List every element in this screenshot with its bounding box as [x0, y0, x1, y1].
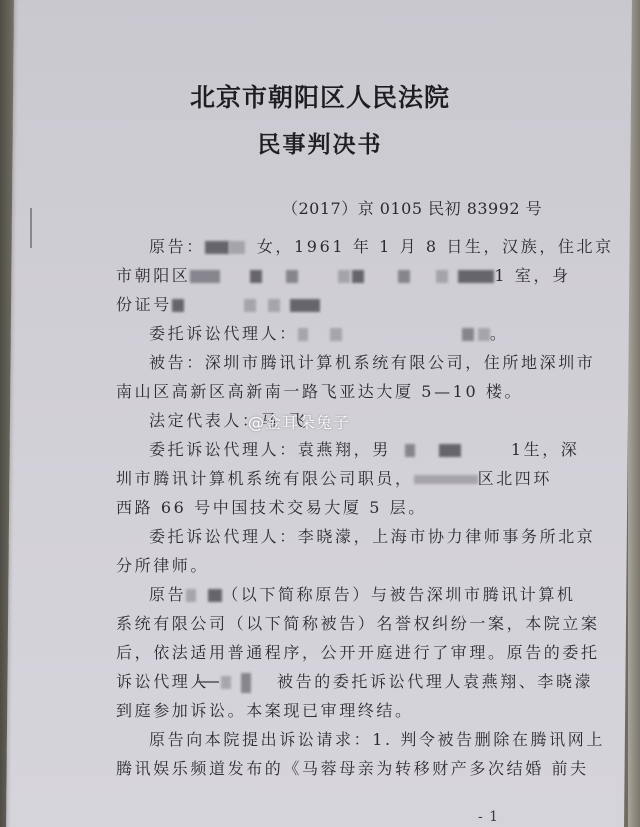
redacted-agent [330, 328, 342, 341]
redacted-birthdate [405, 444, 415, 457]
defendant-line-1: 被告：深圳市腾讯计算机系统有限公司，住所地深圳市 [116, 348, 550, 377]
redacted-address [352, 270, 364, 283]
case-summary-line-3: 后，依法适用普通程序，公开开庭进行了审理。原告的委托 [116, 638, 550, 667]
redacted-address [190, 270, 220, 283]
case-summary-line-4: 诉讼代理人被告的委托诉讼代理人袁燕翔、李晓濛 [116, 667, 550, 696]
redacted-name [205, 241, 229, 254]
redacted-birthdate [439, 444, 461, 457]
case-summary-line-2: 系统有限公司（以下简称被告）名誉权纠纷一案，本院立案 [116, 609, 550, 638]
redacted-name [229, 241, 245, 254]
redacted-name [221, 676, 231, 689]
margin-mark [30, 208, 32, 248]
case-number: （2017）京 0105 民初 83992 号 [282, 196, 542, 219]
plaintiff-agent-line: 委托诉讼代理人：。 [116, 319, 550, 348]
claims-line-1: 原告向本院提出诉讼请求：1. 判令被告删除在腾讯网上 [116, 725, 550, 754]
defendant-agent-2-line-2: 分所律师。 [116, 551, 550, 580]
redacted-agent [298, 328, 308, 341]
redacted-name [241, 673, 251, 693]
redacted-address [250, 270, 262, 283]
redacted-id-number [268, 299, 280, 312]
watermark: @金耳朵兔子 [248, 410, 350, 433]
redacted-address [436, 270, 448, 283]
court-name: 北京市朝阳区人民法院 [0, 78, 640, 114]
defendant-line-2: 南山区高新区高新南一路飞亚达大厦 5—10 楼。 [116, 377, 550, 406]
plaintiff-line-2: 市朝阳区1 室，身 [116, 261, 550, 290]
case-summary-line-5: 到庭参加诉讼。本案现已审理终结。 [116, 696, 550, 725]
document-type: 民事判决书 [0, 126, 640, 159]
judgment-body: 原告：女，1961 年 1 月 8 日生，汉族，住北京 市朝阳区1 室，身 份证… [116, 232, 550, 783]
redacted-address [338, 270, 350, 283]
redacted-name [186, 589, 196, 602]
plaintiff-line-1: 原告：女，1961 年 1 月 8 日生，汉族，住北京 [116, 232, 550, 261]
claims-line-2: 腾讯娱乐频道发布的《马蓉母亲为转移财产多次结婚 前夫 [116, 754, 550, 783]
redacted-address [398, 270, 410, 283]
redacted-address [414, 475, 478, 484]
plaintiff-line-3: 份证号 [116, 290, 550, 319]
page-number: - 1 [478, 809, 499, 825]
redacted-id-number [290, 299, 320, 312]
redacted-name [208, 589, 222, 602]
redacted-agent [478, 328, 490, 341]
redacted-address [458, 270, 494, 283]
defendant-agent-2-line-1: 委托诉讼代理人：李晓濛，上海市协力律师事务所北京 [116, 522, 550, 551]
redacted-agent [462, 328, 474, 341]
redacted-address [286, 270, 298, 283]
handwritten-underline [197, 681, 219, 683]
defendant-agent-1-line-3: 西路 66 号中国技术交易大厦 5 层。 [116, 493, 550, 522]
redacted-id-number [244, 299, 256, 312]
case-summary-line-1: 原告（以下简称原告）与被告深圳市腾讯计算机 [116, 580, 550, 609]
defendant-agent-1-line-1: 委托诉讼代理人：袁燕翔，男1生，深 [116, 435, 550, 464]
defendant-agent-1-line-2: 圳市腾讯计算机系统有限公司职员，区北四环 [116, 464, 550, 493]
redacted-id-number [172, 299, 184, 312]
